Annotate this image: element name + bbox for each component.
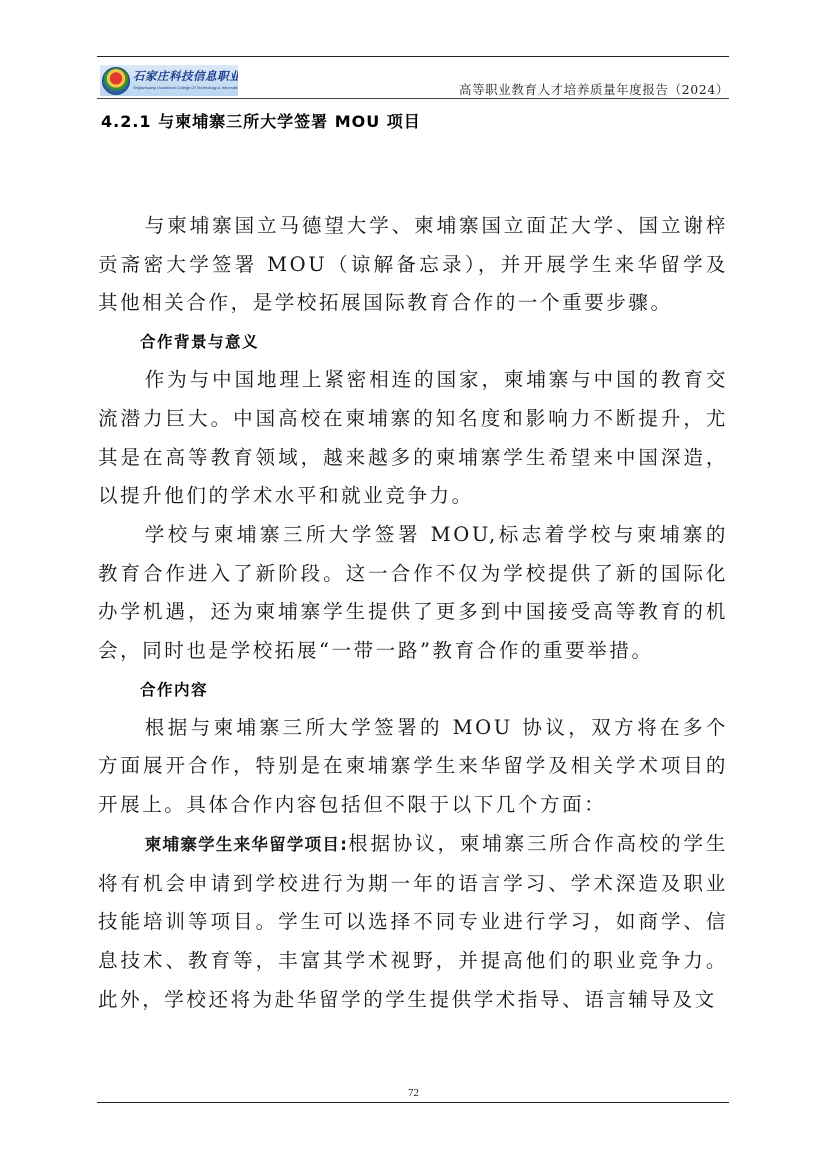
header-underline	[97, 98, 729, 99]
section-heading: 4.2.1 与柬埔寨三所大学签署 MOU 项目	[101, 109, 421, 132]
logo-name-cn: 石家庄科技信息职业学院	[133, 71, 238, 83]
logo-name-en: Shijiazhuang Vocational College Of Techn…	[133, 86, 238, 90]
college-logo: 石家庄科技信息职业学院 Shijiazhuang Vocational Coll…	[100, 65, 238, 96]
study-program-lead: 柬埔寨学生来华留学项目:	[145, 835, 348, 854]
background-paragraph-1: 作为与中国地理上紧密相连的国家，柬埔寨与中国的教育交流潜力巨大。中国高校在柬埔寨…	[98, 361, 728, 516]
header-top-rule	[97, 56, 729, 57]
document-body: 与柬埔寨国立马德望大学、柬埔寨国立面芷大学、国立谢梓贡斋密大学签署 MOU（谅解…	[98, 207, 728, 1019]
intro-paragraph: 与柬埔寨国立马德望大学、柬埔寨国立面芷大学、国立谢梓贡斋密大学签署 MOU（谅解…	[98, 207, 728, 323]
college-emblem-icon	[102, 67, 130, 95]
page-number: 72	[0, 1087, 827, 1099]
content-paragraph-2: 柬埔寨学生来华留学项目:根据协议，柬埔寨三所合作高校的学生将有机会申请到学校进行…	[98, 825, 728, 1020]
subheading-background: 合作背景与意义	[140, 323, 728, 361]
logo-text: 石家庄科技信息职业学院 Shijiazhuang Vocational Coll…	[133, 71, 238, 90]
background-paragraph-2: 学校与柬埔寨三所大学签署 MOU,标志着学校与柬埔寨的教育合作进入了新阶段。这一…	[98, 516, 728, 671]
report-title: 高等职业教育人才培养质量年度报告（2024）	[459, 80, 729, 98]
study-program-text: 根据协议，柬埔寨三所合作高校的学生将有机会申请到学校进行为期一年的语言学习、学术…	[98, 832, 728, 1011]
subheading-content: 合作内容	[140, 671, 728, 709]
content-paragraph-1: 根据与柬埔寨三所大学签署的 MOU 协议，双方将在多个方面展开合作，特别是在柬埔…	[98, 709, 728, 825]
footer-rule	[97, 1102, 729, 1103]
